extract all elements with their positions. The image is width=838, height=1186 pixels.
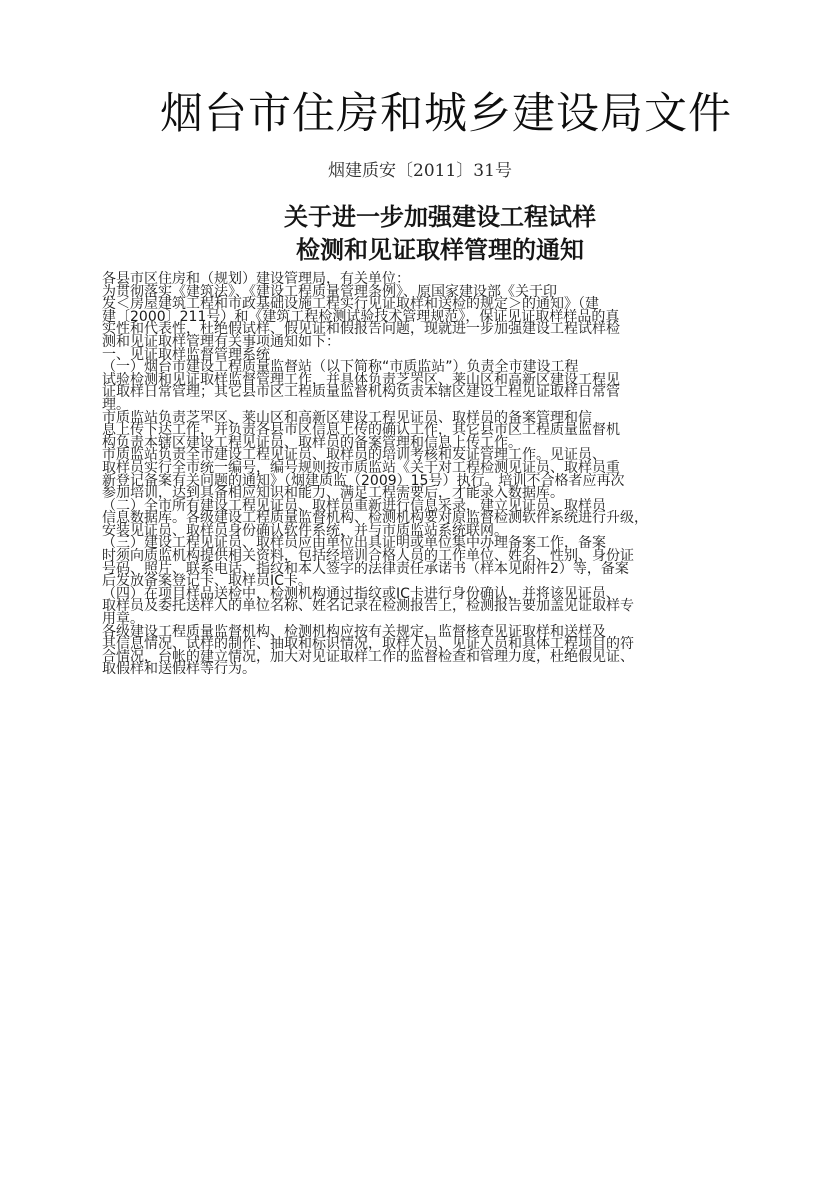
- body-line: 取样员及委托送样人的单位名称、姓名记录在检测报告上，检测报告要加盖见证取样专: [102, 600, 742, 613]
- notice-title-line-2: 检测和见证取样管理的通知: [200, 234, 680, 266]
- body-line: 证取样日常管理；其它县市区工程质量监督机构负责本辖区建设工程见证取样日常管: [102, 386, 742, 399]
- notice-body: 各县市区住房和（规划）建设管理局，有关单位： 为贯彻落实《建筑法》、《建设工程质…: [102, 273, 742, 676]
- document-number: 烟建质安〔2011〕31号: [300, 158, 540, 184]
- organization-title: 烟台市住房和城乡建设局文件: [160, 88, 720, 140]
- notice-title-line-1: 关于进一步加强建设工程试样: [200, 201, 680, 233]
- document-page: 烟台市住房和城乡建设局文件 烟建质安〔2011〕31号 关于进一步加强建设工程试…: [0, 0, 838, 1186]
- body-line: 取假样和送假样等行为。: [102, 663, 742, 676]
